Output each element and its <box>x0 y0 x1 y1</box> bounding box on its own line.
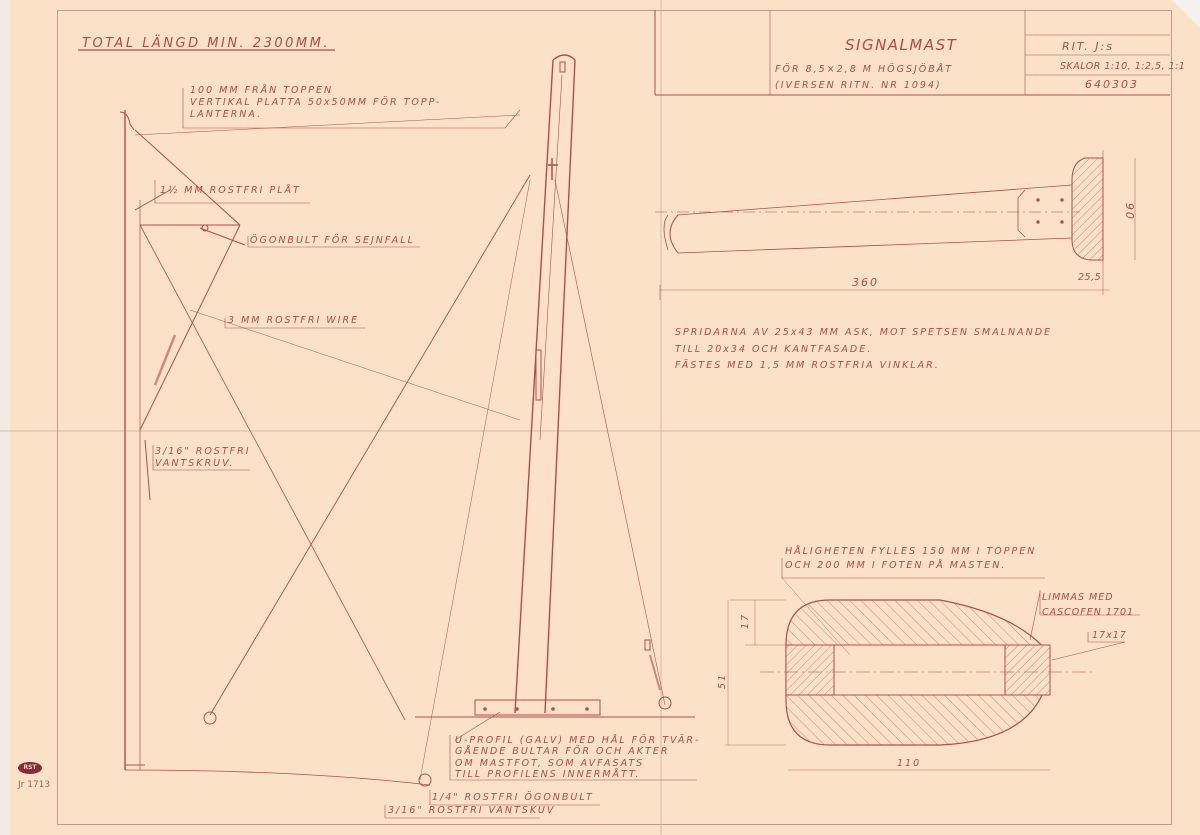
drawn-by: RIT. J:s <box>1062 40 1114 54</box>
dimension-section-height: 51 <box>717 673 729 689</box>
dimension-section-width: 110 <box>897 758 921 770</box>
sheet-number: Jr 1713 <box>18 780 50 790</box>
annotation-plate: 1½ MM ROSTFRI PLÅT <box>160 185 301 197</box>
drawing-reference: (IVERSEN RITN. NR 1094) <box>775 80 942 92</box>
dimension-section-wall: 17 <box>740 613 752 629</box>
annotation-hollow: HÅLIGHETEN FYLLES 150 MM I TOPPEN OCH 20… <box>785 545 1036 573</box>
drawing-date: 640303 <box>1085 78 1139 92</box>
drawing-scale: SKALOR 1:10, 1:2,5, 1:1 <box>1060 61 1185 73</box>
annotation-u-profile: U-PROFIL (GALV) MED HÅL FÖR TVÄR- GÅENDE… <box>455 735 700 781</box>
annotation-spreader: SPRIDARNA AV 25x43 MM ASK, MOT SPETSEN S… <box>675 325 1052 375</box>
annotation-wire: 3 MM ROSTFRI WIRE <box>228 315 359 327</box>
drawing-title: SIGNALMAST <box>845 36 957 55</box>
dimension-spreader-length: 360 <box>852 276 879 290</box>
drawing-subtitle: FÖR 8,5×2,8 M HÖGSJÖBÅT <box>775 64 953 76</box>
annotation-insert-size: 17x17 <box>1092 630 1127 642</box>
annotation-top-plate: 100 MM FRÅN TOPPEN VERTIKAL PLATTA 50x50… <box>190 85 441 121</box>
total-length-note: TOTAL LÄNGD MIN. 2300MM. <box>82 36 330 52</box>
annotation-eyebolt-bottom: 1/4" ROSTFRI ÖGONBULT <box>432 792 594 804</box>
annotation-glue: LIMMAS MED CASCOFEN 1701 <box>1042 590 1134 620</box>
dimension-spreader-end: 25,5 <box>1078 272 1101 284</box>
manufacturer-stamp: RST <box>18 762 42 774</box>
annotation-eyebolt-halyard: ÖGONBULT FÖR SEJNFALL <box>250 235 415 247</box>
dimension-spreader-height: 90 <box>1122 203 1136 221</box>
annotation-turnbuckle: 3/16" ROSTFRI VANTSKRUV. <box>155 446 251 470</box>
mast-front-outline <box>545 55 575 713</box>
technical-drawing <box>0 0 1200 835</box>
annotation-turnbuckle-bottom: 3/16" ROSTFRI VANTSKUV <box>388 805 555 817</box>
